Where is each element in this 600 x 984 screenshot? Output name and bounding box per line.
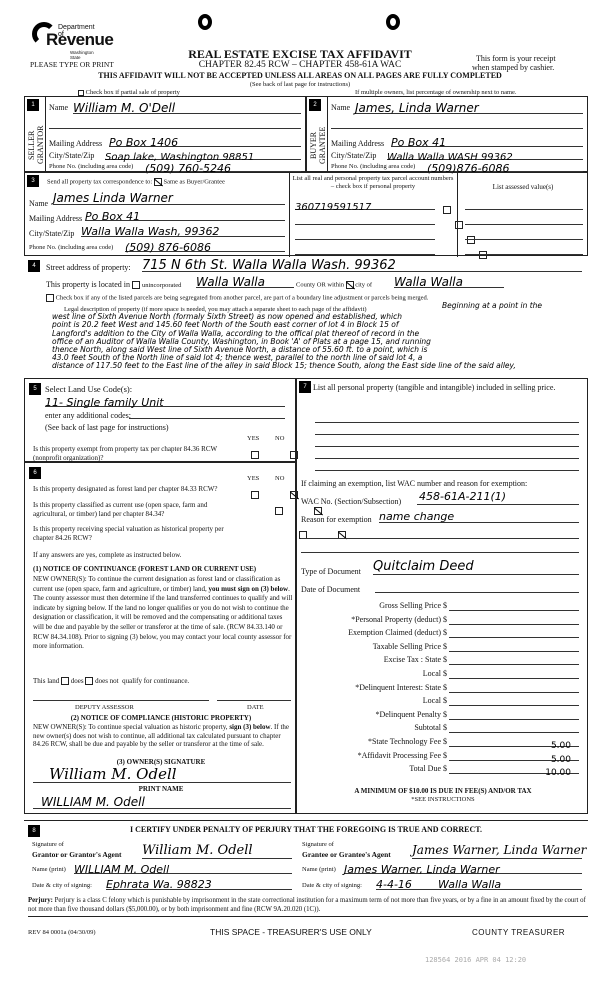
grantee-print-label: Name (print) <box>302 866 336 873</box>
fee-label: Local <box>297 669 441 678</box>
this-land-row: This land does does not qualify for cont… <box>33 677 189 685</box>
section-number: 2 <box>309 99 321 111</box>
within-text: within <box>327 281 344 288</box>
fee-value-field[interactable] <box>449 640 579 652</box>
fee-label: *Delinquent Penalty <box>297 710 441 719</box>
grantee-signature-value: James Warner, Linda Warner <box>412 843 586 857</box>
county-treasurer: COUNTY TREASURER <box>472 928 565 937</box>
does-not-checkbox[interactable] <box>85 677 93 685</box>
dollar-sign: $ <box>443 764 447 773</box>
partial-sale-checkbox[interactable] <box>78 90 84 96</box>
fee-value-field[interactable]: 10.00 <box>449 762 579 774</box>
name-label: Name <box>49 103 68 112</box>
notice2-text-a: NEW OWNER(S): To continue special valuat… <box>33 723 228 731</box>
receipt-note-1: This form is your receipt <box>476 54 556 63</box>
see-back-label: (See back of last page for instructions) <box>45 423 169 432</box>
question-text: Is this property classified as current u… <box>33 501 243 519</box>
personal-property-line-2[interactable] <box>315 425 579 435</box>
land-use-field[interactable]: 11- Single family Unit <box>45 393 285 407</box>
dollar-sign: $ <box>443 751 447 760</box>
phone-label: Phone No. (including area code) <box>29 244 113 251</box>
same-as-buyer-label: Same as Buyer/Grantee <box>163 178 224 185</box>
tax-name-field[interactable]: James Linda Warner <box>53 189 285 205</box>
assessor-date-field[interactable] <box>217 691 291 701</box>
buyer-phone-field[interactable]: (509)876-6086 <box>427 159 583 172</box>
certify-text: I CERTIFY UNDER PENALTY OF PERJURY THAT … <box>24 825 588 834</box>
grantee-print-field[interactable]: James Warner, Linda Warner <box>344 860 582 874</box>
warning-text: THIS AFFIDAVIT WILL NOT BE ACCEPTED UNLE… <box>0 71 600 80</box>
personal-property-line-3[interactable] <box>315 437 579 447</box>
section-number: 4 <box>28 260 40 272</box>
fee-value-field[interactable] <box>449 681 579 693</box>
reason-line-2[interactable] <box>301 529 579 539</box>
reason-line-3[interactable] <box>301 543 579 553</box>
city-field[interactable]: Walla Walla <box>394 273 504 288</box>
dollar-sign: $ <box>443 723 447 732</box>
personal-property-label: List all personal property (tangible and… <box>313 382 583 393</box>
assessed-value-field[interactable] <box>465 212 583 225</box>
yes-header: YES <box>247 475 259 482</box>
fee-label: *Affidavit Processing Fee <box>297 751 441 760</box>
grantee-agent-label: Grantee or Grantee's Agent <box>302 850 391 859</box>
phone-label: Phone No. (including area code) <box>331 163 415 170</box>
notice1-text-b: . The county assessor must then determin… <box>33 585 292 651</box>
tax-phone-field[interactable]: (509) 876-6086 <box>125 238 285 252</box>
print-name-field[interactable]: WILLIAM M. Odell <box>33 793 291 809</box>
grantee-date-label: Date & city of signing: <box>302 882 362 889</box>
buyer-name-line2[interactable] <box>331 115 583 129</box>
wac-field[interactable]: 458-61A-211(1) <box>417 487 579 505</box>
print-name-label: PRINT NAME <box>25 785 297 793</box>
segregated-row: Check box if any of the listed parcels a… <box>46 294 428 302</box>
this-land-label: This land <box>33 677 59 685</box>
seller-phone-field[interactable]: (509) 760-5246 <box>145 159 301 172</box>
fee-value-field[interactable]: 5.00 <box>449 749 579 761</box>
sig-of-label: Signature of <box>32 841 64 848</box>
parcel-number-field[interactable]: 360719591517 <box>295 197 435 210</box>
section-number: 1 <box>27 99 39 111</box>
perjury-bold: Perjury: <box>28 897 53 904</box>
additional-codes-label: enter any additional codes: <box>45 411 131 420</box>
doc-type-value: Quitclaim Deed <box>373 559 474 574</box>
unincorporated-label: unincorporated <box>142 282 181 289</box>
tax-mailing-field[interactable]: Po Box 41 <box>85 207 285 221</box>
grantor-agent-label: Grantor or Grantor's Agent <box>32 850 122 859</box>
does-label: does <box>71 677 84 685</box>
phone-label: Phone No. (including area code) <box>49 163 133 170</box>
reason-value: name change <box>379 510 454 523</box>
punch-hole-left-icon <box>198 14 212 30</box>
grantor-date-field[interactable]: Ephrata Wa. 98823 <box>106 875 292 890</box>
if-yes-text: If any answers are yes, complete as inst… <box>33 551 181 559</box>
notice1-text: NEW OWNER(S): To continue the current de… <box>33 575 295 652</box>
county-value: Walla Walla <box>196 275 265 289</box>
fee-label: Exemption Claimed (deduct) <box>297 628 441 637</box>
notice2-title: (2) NOTICE OF COMPLIANCE (HISTORIC PROPE… <box>25 714 297 722</box>
date-label: DATE <box>247 704 264 711</box>
reason-field[interactable]: name change <box>379 507 579 523</box>
seller-name-value: William M. O'Dell <box>73 101 175 115</box>
yes-header: YES <box>247 435 259 442</box>
buyer-name-value: James, Linda Warner <box>355 101 479 115</box>
city-value: Walla Walla <box>394 275 463 289</box>
grantor-print-field[interactable]: WILLIAM M. Odell <box>74 860 292 874</box>
located-row: This property is located in unincorporat… <box>46 280 181 289</box>
owner-signature-field[interactable]: William M. Odell <box>33 765 291 783</box>
exempt-yes-checkbox[interactable] <box>251 451 259 459</box>
section-number: 3 <box>27 175 39 187</box>
dollar-sign: $ <box>443 737 447 746</box>
fee-label: *Delinquent Interest: State <box>297 683 441 692</box>
segregated-label: Check box if any of the listed parcels a… <box>56 294 429 301</box>
grantee-city-value: Walla Walla <box>438 878 501 891</box>
seller-name-line2[interactable] <box>49 115 301 129</box>
doc-date-field[interactable] <box>375 581 579 593</box>
dollar-sign: $ <box>443 642 447 651</box>
wac-value: 458-61A-211(1) <box>417 490 506 503</box>
no-header: NO <box>275 475 284 482</box>
grantor-signature-field[interactable]: William M. Odell <box>142 841 292 859</box>
section-number: 7 <box>299 381 311 393</box>
dollar-sign: $ <box>443 601 447 610</box>
unincorporated-checkbox[interactable] <box>132 281 140 289</box>
cashier-stamp: 128564 2016 APR 04 12:20 <box>425 956 526 964</box>
city-label: City/State/Zip <box>29 229 74 238</box>
grantee-date-value: 4-4-16 <box>376 878 412 891</box>
dollar-sign: $ <box>443 683 447 692</box>
assessed-value-field[interactable] <box>465 242 583 255</box>
personal-property-line-4[interactable] <box>315 449 579 459</box>
reason-label: Reason for exemption <box>301 515 372 524</box>
notice2-text: NEW OWNER(S): To continue special valuat… <box>33 723 295 749</box>
rev-number: REV 84 0001a (04/30/09) <box>28 929 96 936</box>
personal-property-line-1[interactable] <box>315 413 579 423</box>
deputy-assessor-field[interactable] <box>33 691 209 701</box>
section-number: 6 <box>29 467 41 479</box>
land-use-value: 11- Single family Unit <box>45 396 164 409</box>
does-checkbox[interactable] <box>61 677 69 685</box>
name-label: Name <box>29 199 48 208</box>
perjury-text: Perjury is a class C felony which is pun… <box>28 897 586 913</box>
qualify-label: qualify for continuance. <box>122 677 189 685</box>
see-back-text: (See back of last page for instructions) <box>0 81 600 88</box>
grantee-date-field[interactable]: 4-4-16Walla Walla <box>376 875 582 890</box>
notice2-bold: sign (3) below <box>229 723 270 731</box>
doc-type-label: Type of Document <box>301 567 361 576</box>
fee-label: Local <box>297 696 441 705</box>
dollar-sign: $ <box>443 628 447 637</box>
same-as-buyer-checkbox[interactable] <box>154 178 162 186</box>
parcel-number-field[interactable] <box>295 242 435 255</box>
fee-label: *Personal Property (deduct) <box>297 615 441 624</box>
no-header: NO <box>275 435 284 442</box>
legal-description-line: distance of 117.50 feet to the East line… <box>52 361 516 370</box>
multiple-owners-note: If multiple owners, list percentage of o… <box>355 89 517 96</box>
mailing-label: Mailing Address <box>49 139 102 148</box>
assessed-value-field[interactable] <box>465 197 583 210</box>
fee-value-field[interactable]: 5.00 <box>449 735 579 747</box>
section-6: 6 YES NO Is this property designated as … <box>24 462 296 814</box>
doc-type-field[interactable]: Quitclaim Deed <box>373 557 579 575</box>
name-label: Name <box>331 103 350 112</box>
seller-grantor-label: SELLER GRANTOR <box>27 119 43 171</box>
buyer-grantee-label: BUYER GRANTEE <box>309 119 325 171</box>
street-address-field[interactable]: 715 N 6th St. Walla Walla Wash. 99362 <box>142 256 582 272</box>
exempt-question: Is this property exempt from property ta… <box>33 445 243 463</box>
seller-mailing-field[interactable]: Po Box 1406 <box>109 133 301 147</box>
tax-phone-value: (509) 876-6086 <box>125 241 211 254</box>
send-correspondence-row: Send all property tax correspondence to:… <box>47 178 225 186</box>
fee-label: Total Due <box>297 764 441 773</box>
additional-codes-field[interactable] <box>129 409 285 419</box>
parcel-header: List all real and personal property tax … <box>291 175 455 191</box>
fee-label: Gross Selling Price <box>297 601 441 610</box>
section-3: 3 Send all property tax correspondence t… <box>24 172 588 256</box>
tax-city-value: Walla Walla Wash, 99362 <box>81 225 219 238</box>
fee-label: Taxable Selling Price <box>297 642 441 651</box>
doc-date-label: Date of Document <box>301 585 360 594</box>
fee-label: *State Technology Fee <box>297 737 441 746</box>
county-or-label: County OR within city of <box>296 281 372 289</box>
fee-value: 10.00 <box>545 768 571 778</box>
wac-label: WAC No. (Section/Subsection) <box>301 497 401 506</box>
located-label: This property is located in <box>46 280 130 289</box>
city-label: City/State/Zip <box>49 151 94 160</box>
section-5: 5 Select Land Use Code(s): 11- Single fa… <box>24 378 296 462</box>
section-7: 7 List all personal property (tangible a… <box>296 378 588 814</box>
grantor-date-label: Date & city of signing: <box>32 882 92 889</box>
notice1-title: (1) NOTICE OF CONTINUANCE (FOREST LAND O… <box>33 565 256 573</box>
send-label: Send all property tax correspondence to: <box>47 178 152 185</box>
deputy-assessor-label: DEPUTY ASSESSOR <box>75 704 134 711</box>
buyer-name-field[interactable]: James, Linda Warner <box>355 99 583 114</box>
buyer-mailing-field[interactable]: Po Box 41 <box>391 133 583 147</box>
owner-signature-value: William M. Odell <box>33 765 177 783</box>
treasurer-space: THIS SPACE - TREASURER'S USE ONLY <box>210 927 372 937</box>
segregated-checkbox[interactable] <box>46 294 54 302</box>
does-not-label: does not <box>95 677 119 685</box>
section-1: 1 SELLER GRANTOR Name William M. O'Dell … <box>24 96 306 172</box>
fee-label: Subtotal <box>297 723 441 732</box>
fee-value-field[interactable] <box>449 721 579 733</box>
mailing-label: Mailing Address <box>29 214 82 223</box>
county-or-text: County OR <box>296 281 326 288</box>
city-of-text: city of <box>355 281 372 288</box>
dollar-sign: $ <box>443 710 447 719</box>
fee-value-field[interactable] <box>449 599 579 611</box>
tax-city-field[interactable]: Walla Walla Wash, 99362 <box>81 222 285 237</box>
within-city-checkbox[interactable] <box>346 281 354 289</box>
mailing-label: Mailing Address <box>331 139 384 148</box>
question-yes-checkbox[interactable] <box>251 491 259 499</box>
personal-property-line-5[interactable] <box>315 461 579 471</box>
dollar-sign: $ <box>443 669 447 678</box>
punch-hole-right-icon <box>386 14 400 30</box>
fee-label: Excise Tax : State <box>297 655 441 664</box>
minimum-note: A MINIMUM OF $10.00 IS DUE IN FEE(S) AND… <box>297 787 589 795</box>
parcel-number-field[interactable] <box>295 227 435 240</box>
print-name-value: WILLIAM M. Odell <box>33 795 145 809</box>
grantor-print-label: Name (print) <box>32 866 66 873</box>
question-text: Is this property designated as forest la… <box>33 485 243 494</box>
assessed-header: List assessed value(s) <box>459 183 587 191</box>
dollar-sign: $ <box>443 615 447 624</box>
fee-value-field[interactable] <box>449 708 579 720</box>
grantor-signature-value: William M. Odell <box>142 843 253 858</box>
legal-description-line: Beginning at a point in the <box>442 301 542 310</box>
question-yes-checkbox[interactable] <box>275 507 283 515</box>
partial-sale-row: Check box if partial sale of property <box>78 89 180 96</box>
street-label: Street address of property: <box>46 263 131 272</box>
city-label: City/State/Zip <box>331 151 376 160</box>
perjury-notice: Perjury: Perjury is a class C felony whi… <box>28 896 588 917</box>
section-8: 8 I CERTIFY UNDER PENALTY OF PERJURY THA… <box>24 820 588 892</box>
grantor-date-value: Ephrata Wa. 98823 <box>106 878 212 891</box>
street-address-value: 715 N 6th St. Walla Walla Wash. 99362 <box>142 258 396 273</box>
dollar-sign: $ <box>443 696 447 705</box>
sig-of-label: Signature of <box>302 841 334 848</box>
question-text: Is this property receiving special valua… <box>33 525 243 543</box>
fee-value-field[interactable] <box>449 653 579 665</box>
fee-value-field[interactable] <box>449 613 579 625</box>
see-instructions: *SEE INSTRUCTIONS <box>297 796 589 803</box>
fee-value-field[interactable] <box>449 667 579 679</box>
fee-value-field[interactable] <box>449 626 579 638</box>
notice1-bold: you must sign on (3) below <box>209 585 289 593</box>
section-2: 2 BUYER GRANTEE Name James, Linda Warner… <box>306 96 588 172</box>
personal-property-checkbox[interactable] <box>455 221 463 229</box>
partial-sale-label: Check box if partial sale of property <box>86 89 180 96</box>
tax-name-value: James Linda Warner <box>53 191 173 205</box>
assessed-value-field[interactable] <box>465 227 583 240</box>
personal-property-checkbox[interactable] <box>443 206 451 214</box>
dollar-sign: $ <box>443 655 447 664</box>
parcel-number-field[interactable] <box>295 212 435 225</box>
fee-value-field[interactable] <box>449 694 579 706</box>
section-number: 5 <box>29 383 41 395</box>
section-4: 4 Street address of property: 715 N 6th … <box>24 256 588 376</box>
county-field[interactable]: Walla Walla <box>196 273 294 288</box>
seller-name-field[interactable]: William M. O'Dell <box>73 99 301 114</box>
grantee-signature-field[interactable]: James Warner, Linda Warner <box>412 841 582 859</box>
